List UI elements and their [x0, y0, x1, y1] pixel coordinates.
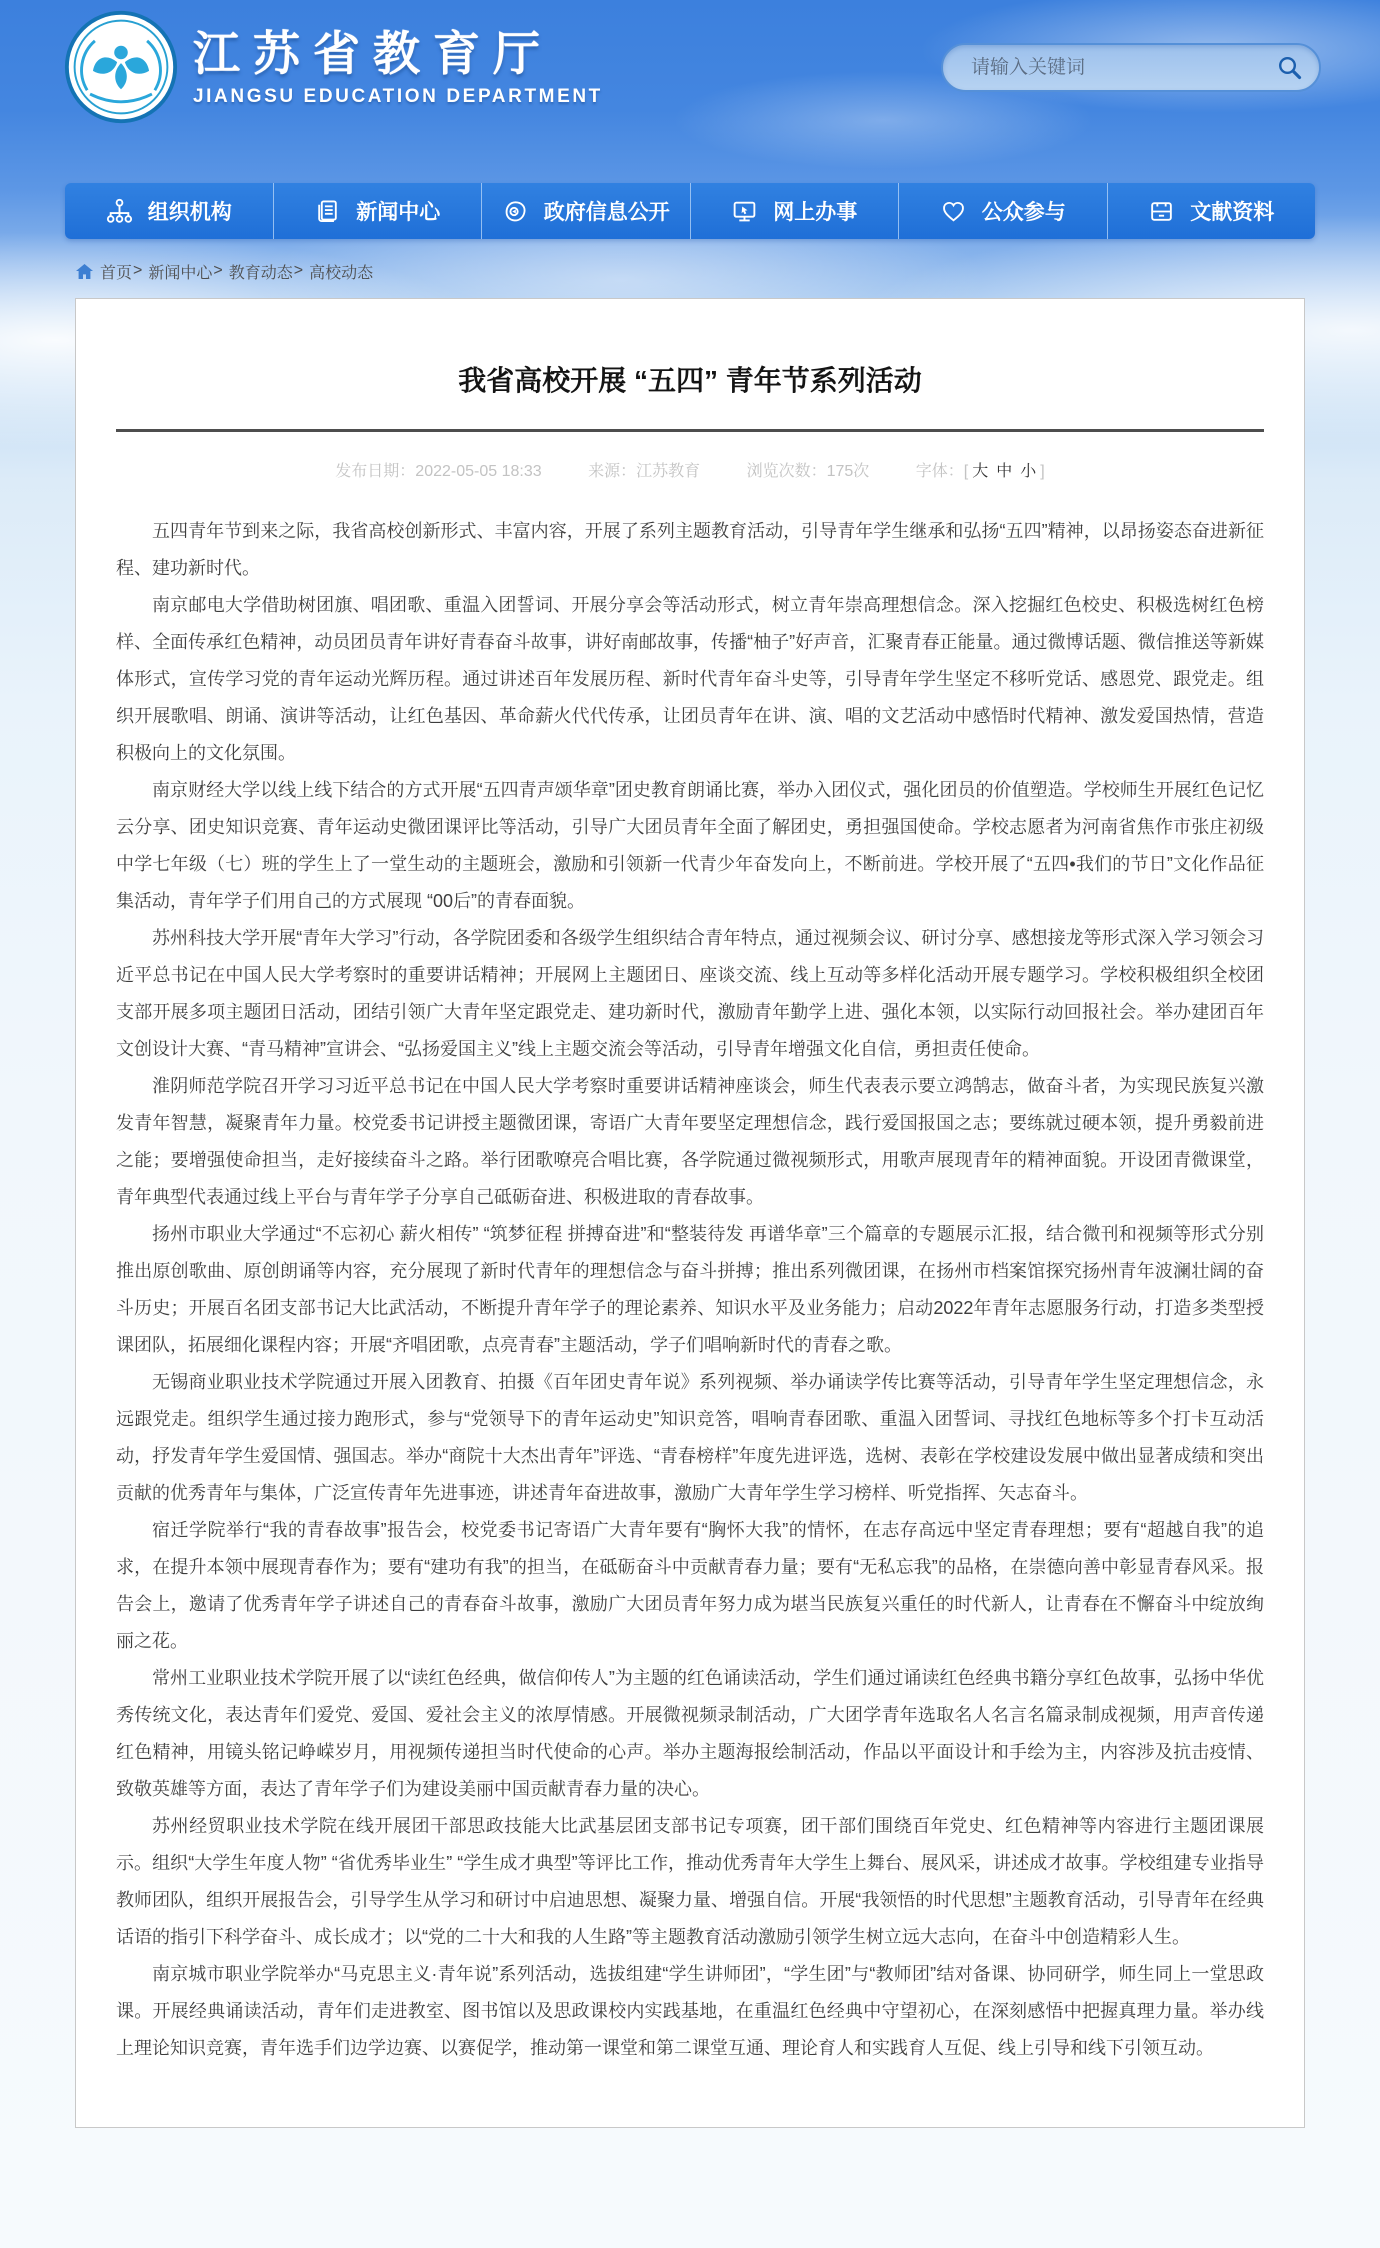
search-icon [1276, 54, 1303, 81]
font-size-large[interactable]: 大 [972, 463, 988, 480]
nav-item-label: 组织机构 [148, 196, 232, 226]
news-icon [314, 198, 341, 225]
font-size-small[interactable]: 小 [1020, 463, 1036, 480]
font-size-control: 字体：[大中小] [916, 458, 1045, 481]
site-logo-icon [63, 9, 179, 125]
site-name: 江苏省教育厅 [193, 26, 603, 82]
nav-item-label: 网上办事 [773, 196, 857, 226]
nav-item-public-participation[interactable]: 公众参与 [899, 183, 1108, 239]
article-paragraph: 淮阴师范学院召开学习习近平总书记在中国人民大学考察时重要讲话精神座谈会，师生代表… [116, 1068, 1264, 1216]
article-meta: 发布日期：2022-05-05 18:33 来源：江苏教育 浏览次数：175次 … [116, 458, 1264, 481]
online-service-icon [731, 198, 758, 225]
breadcrumb-education-news[interactable]: 教育动态 [229, 260, 293, 283]
article-paragraph: 无锡商业职业技术学院通过开展入团教育、拍摄《百年团史青年说》系列视频、举办诵读学… [116, 1364, 1264, 1512]
nav-item-label: 政府信息公开 [544, 196, 670, 226]
site-names: 江苏省教育厅 JIANGSU EDUCATION DEPARTMENT [193, 26, 603, 107]
archive-icon [1148, 198, 1175, 225]
search-button[interactable] [1276, 54, 1303, 81]
nav-item-organization[interactable]: 组织机构 [65, 183, 274, 239]
gov-info-icon [502, 198, 529, 225]
nav-item-online-services[interactable]: 网上办事 [691, 183, 900, 239]
font-size-medium[interactable]: 中 [996, 463, 1012, 480]
article-paragraph: 南京城市职业学院举办“马克思主义·青年说”系列活动，选拔组建“学生讲师团”，“学… [116, 1956, 1264, 2067]
search-input[interactable] [969, 56, 1276, 80]
breadcrumb-separator: > [213, 262, 222, 280]
nav-item-documents[interactable]: 文献资料 [1108, 183, 1316, 239]
main-nav: 组织机构 新闻中心 政府信息公开 网上办事 [65, 183, 1315, 239]
breadcrumb-home[interactable]: 首页 [100, 260, 132, 283]
page: 江苏省教育厅 JIANGSU EDUCATION DEPARTMENT 组织机构 [0, 0, 1380, 2248]
heart-icon [940, 198, 967, 225]
breadcrumb-separator: > [294, 262, 303, 280]
article-paragraph: 常州工业职业技术学院开展了以“读红色经典，做信仰传人”为主题的红色诵读活动，学生… [116, 1660, 1264, 1808]
site-logo-link[interactable]: 江苏省教育厅 JIANGSU EDUCATION DEPARTMENT [63, 9, 603, 125]
publish-date: 发布日期：2022-05-05 18:33 [335, 458, 541, 481]
content-panel: 我省高校开展 “五四” 青年节系列活动 发布日期：2022-05-05 18:3… [75, 298, 1305, 2128]
article-paragraph: 南京邮电大学借助树团旗、唱团歌、重温入团誓词、开展分享会等活动形式，树立青年崇高… [116, 587, 1264, 772]
article-paragraph: 宿迁学院举行“我的青春故事”报告会，校党委书记寄语广大青年要有“胸怀大我”的情怀… [116, 1512, 1264, 1660]
site-banner: 江苏省教育厅 JIANGSU EDUCATION DEPARTMENT [59, 0, 1321, 183]
title-divider [116, 429, 1264, 432]
org-chart-icon [106, 198, 133, 225]
view-count: 浏览次数：175次 [747, 458, 870, 481]
article-paragraph: 南京财经大学以线上线下结合的方式开展“五四青声颂华章”团史教育朗诵比赛，举办入团… [116, 772, 1264, 920]
article-paragraph: 苏州科技大学开展“青年大学习”行动，各学院团委和各级学生组织结合青年特点，通过视… [116, 920, 1264, 1068]
article-source: 来源：江苏教育 [588, 458, 700, 481]
nav-item-news-center[interactable]: 新闻中心 [274, 183, 483, 239]
article-title: 我省高校开展 “五四” 青年节系列活动 [116, 363, 1264, 399]
nav-item-label: 文献资料 [1190, 196, 1274, 226]
article-paragraph: 苏州经贸职业技术学院在线开展团干部思政技能大比武基层团支部书记专项赛，团干部们围… [116, 1808, 1264, 1956]
nav-item-gov-info-disclosure[interactable]: 政府信息公开 [482, 183, 691, 239]
article-paragraph: 五四青年节到来之际，我省高校创新形式、丰富内容，开展了系列主题教育活动，引导青年… [116, 513, 1264, 587]
breadcrumb-news-center[interactable]: 新闻中心 [148, 260, 212, 283]
article-body: 五四青年节到来之际，我省高校创新形式、丰富内容，开展了系列主题教育活动，引导青年… [116, 513, 1264, 2067]
breadcrumb-current-page: 高校动态 [309, 260, 373, 283]
nav-item-label: 新闻中心 [356, 196, 440, 226]
nav-item-label: 公众参与 [982, 196, 1066, 226]
article-paragraph: 扬州市职业大学通过“不忘初心 薪火相传” “筑梦征程 拼搏奋进”和“整装待发 再… [116, 1216, 1264, 1364]
home-icon [75, 263, 94, 280]
breadcrumb: 首页 > 新闻中心 > 教育动态 > 高校动态 [75, 256, 1305, 286]
breadcrumb-separator: > [133, 262, 142, 280]
search-box [941, 43, 1321, 92]
site-name-english: JIANGSU EDUCATION DEPARTMENT [193, 86, 603, 108]
